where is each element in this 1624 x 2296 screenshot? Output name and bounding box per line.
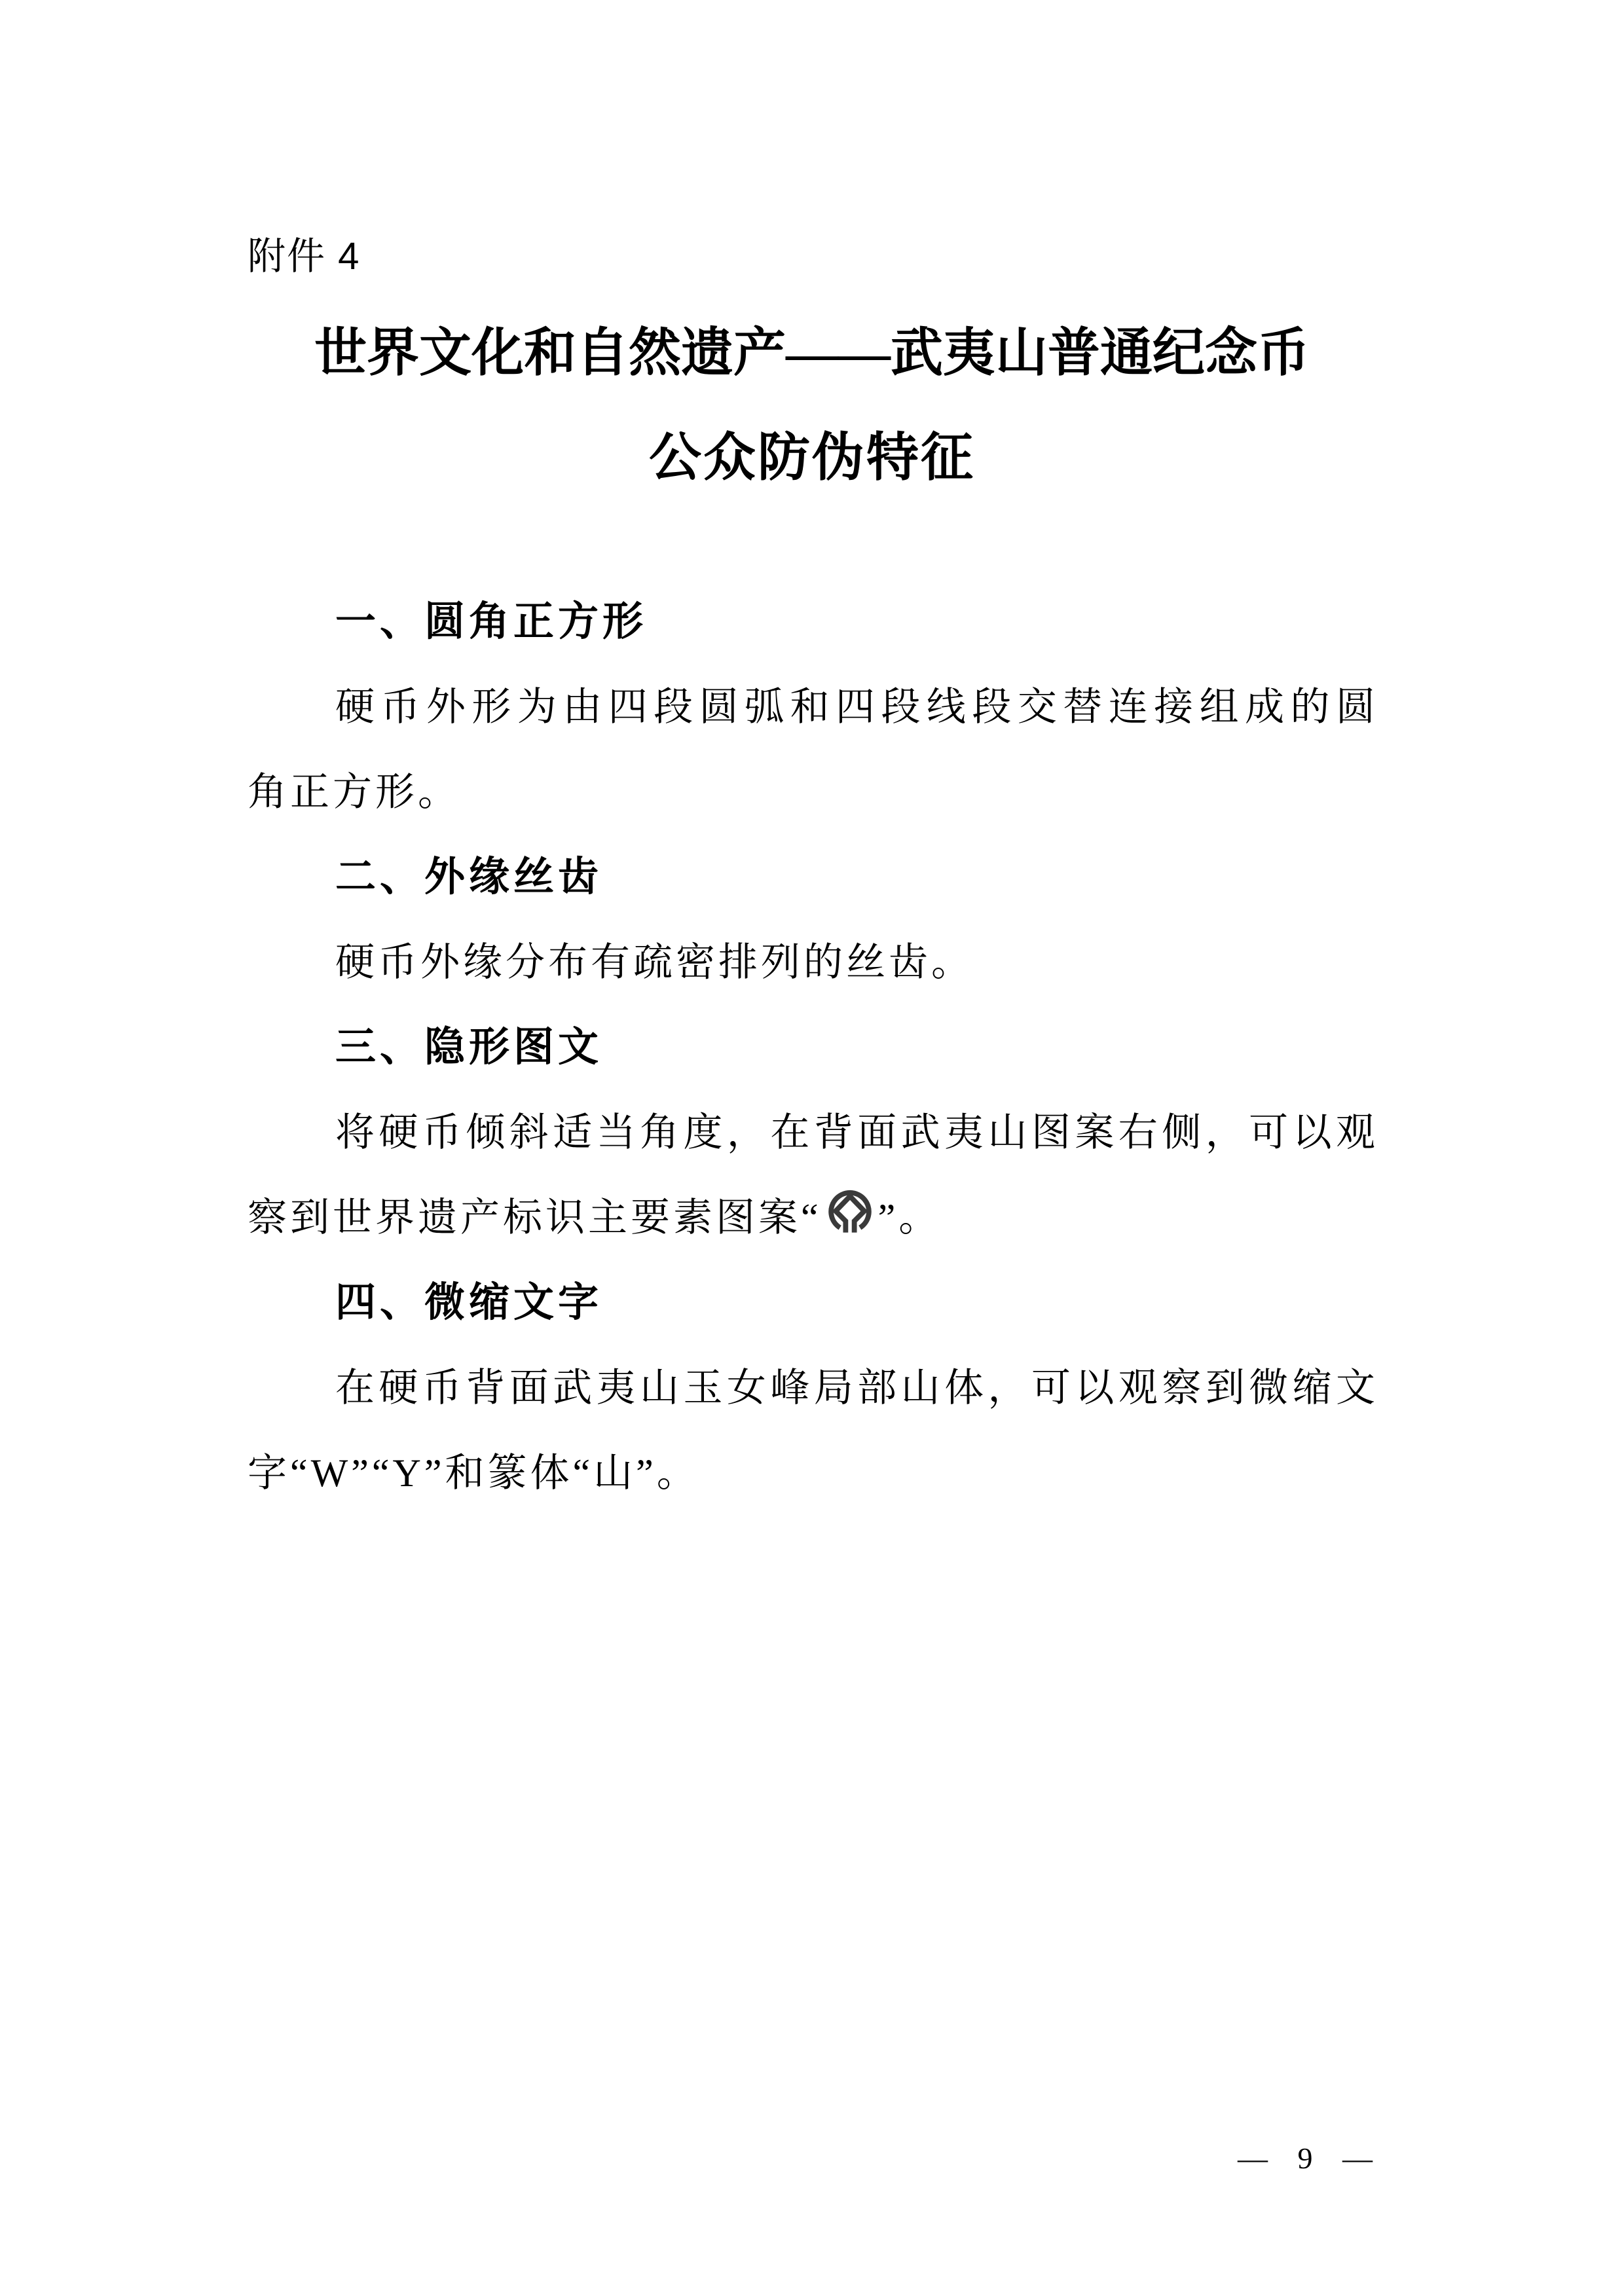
section-2-heading: 二、外缘丝齿	[248, 835, 1375, 920]
attachment-label: 附件 4	[248, 214, 360, 299]
paragraph-text-before-icon: 察到世界遗产标识主要素图案“	[248, 1196, 822, 1239]
section-1-paragraph-line-1: 硬币外形为由四段圆弧和四段线段交替连接组成的圆	[248, 665, 1375, 750]
section-3-paragraph-line-2: 察到世界遗产标识主要素图案“ ”。	[248, 1175, 1375, 1260]
paragraph-text-after-icon: ”。	[878, 1196, 942, 1239]
section-4-heading: 四、微缩文字	[248, 1260, 1375, 1345]
document-body: 一、圆角正方形 硬币外形为由四段圆弧和四段线段交替连接组成的圆 角正方形。 二、…	[248, 579, 1375, 1516]
page-number: — 9 —	[1238, 2126, 1375, 2191]
section-4-paragraph-line-1: 在硬币背面武夷山玉女峰局部山体，可以观察到微缩文	[248, 1345, 1375, 1430]
section-1-heading: 一、圆角正方形	[248, 579, 1375, 665]
world-heritage-emblem-icon	[824, 1188, 876, 1239]
section-1-paragraph-line-2: 角正方形。	[248, 750, 1375, 835]
document-page: 附件 4 世界文化和自然遗产——武夷山普通纪念币 公众防伪特征 一、圆角正方形 …	[0, 0, 1624, 2296]
document-title-line2: 公众防伪特征	[0, 406, 1624, 511]
section-4-paragraph-line-2: 字“W”“Y”和篆体“山”。	[248, 1430, 1375, 1516]
section-3-heading: 三、隐形图文	[248, 1005, 1375, 1090]
document-title-line1: 世界文化和自然遗产——武夷山普通纪念币	[0, 301, 1624, 406]
section-3-paragraph-line-1: 将硬币倾斜适当角度，在背面武夷山图案右侧，可以观	[248, 1090, 1375, 1175]
section-2-paragraph-line-1: 硬币外缘分布有疏密排列的丝齿。	[248, 920, 1375, 1005]
